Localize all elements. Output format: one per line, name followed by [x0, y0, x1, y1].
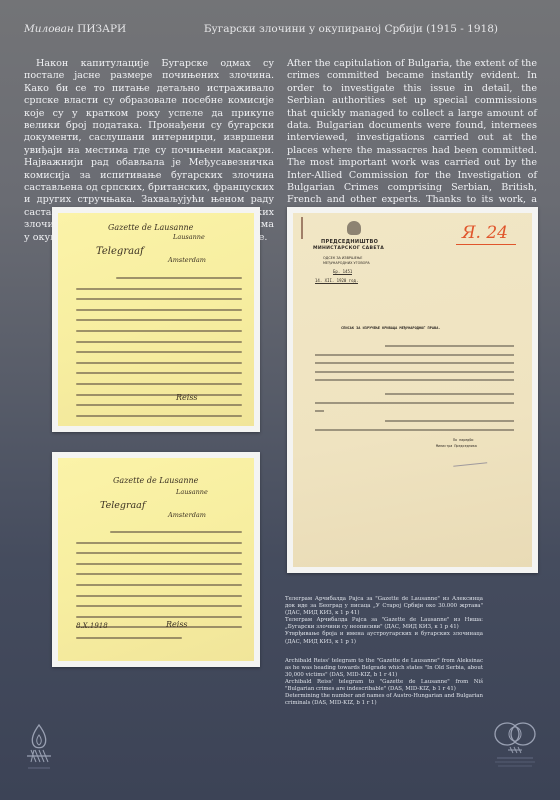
caption-en-3: Determining the number and names of Aust… [285, 693, 483, 707]
letterhead-line-1: ПРЕДСЕДНИШТВО [321, 239, 378, 245]
document-subject: СПИСАК ЗА ИЗРУЧЕЊЕ КРИВАЦА МЕЂУНАРОДНОГ … [341, 326, 441, 330]
telegram-1-paper: Gazette de Lausanne Lausanne Telegraaf A… [58, 213, 254, 426]
telegram-1-origin: Amsterdam [168, 256, 206, 264]
archive-stamp: Я. 24 [456, 223, 516, 245]
typed-paragraph-1 [315, 345, 514, 396]
telegram-1-heading: Gazette de Lausanne [108, 223, 193, 232]
closing-line-1: По наредби [453, 438, 473, 442]
ministry-document-paper: Я. 24 ПРЕДСЕДНИШТВО МИНИСТАРСКОГ САВЕТА … [293, 213, 532, 567]
caption-en-2: Archibald Reiss' telegram to "Gazette de… [285, 679, 483, 693]
author-first-name: Милован [24, 23, 74, 35]
telegram-2-heading: Gazette de Lausanne [113, 476, 198, 485]
telegram-2-date: 8.X.1918 [76, 622, 108, 630]
knot-emblem-logo [490, 720, 540, 772]
telegram-2-city: Lausanne [176, 488, 208, 496]
caption-en-1: Archibald Reiss' telegram to the "Gazett… [285, 658, 483, 679]
closing-line-2: Министра Председника [436, 444, 477, 448]
telegram-1-city: Lausanne [173, 233, 205, 241]
document-number: Бр. 1451 [333, 269, 352, 275]
signature-scribble [453, 457, 487, 467]
flame-barbed-wire-logo [24, 723, 54, 775]
telegram-2-signature: Reiss [166, 620, 188, 629]
captions: Телеграм Арчибалда Рајса за "Gazette de … [285, 596, 483, 707]
typed-paragraph-2 [315, 393, 514, 419]
knot-icon [490, 720, 540, 772]
flame-icon [24, 723, 54, 775]
telegram-1-photo: Gazette de Lausanne Lausanne Telegraaf A… [52, 207, 260, 432]
publication-title: Бугарски злочини у окупираној Србији (19… [204, 23, 498, 35]
telegram-1-type: Telegraaf [96, 246, 144, 257]
telegram-1-handwriting [76, 277, 242, 425]
author-last-name: ПИЗАРИ [77, 23, 126, 35]
telegram-2-handwriting [76, 531, 242, 648]
department-line-2: МЕЂУНАРОДНИХ УГОВОРА [323, 261, 370, 265]
document-date: 14. XII. 1920 год. [315, 278, 358, 284]
telegram-2-paper: Gazette de Lausanne Lausanne Telegraaf A… [58, 458, 254, 661]
telegram-2-type: Telegraaf [100, 500, 145, 511]
department-line-1: ОДСЕК ЗА ИЗВРШЕЊЕ [323, 256, 362, 260]
letterhead-line-2: МИНИСТАРСКОГ САВЕТА [313, 246, 384, 251]
typed-paragraph-3 [315, 420, 514, 437]
caption-sr-2: Телеграм Арчибалда Рајса за "Gazette de … [285, 617, 483, 631]
telegram-1-signature: Reiss [176, 393, 198, 402]
author-name: Милован ПИЗАРИ [24, 23, 126, 35]
caption-sr-1: Телеграм Арчибалда Рајса за "Gazette de … [285, 596, 483, 617]
coat-of-arms-icon [347, 221, 361, 235]
telegram-2-photo: Gazette de Lausanne Lausanne Telegraaf A… [52, 452, 260, 667]
telegram-2-origin: Amsterdam [168, 511, 206, 519]
caption-sr-3: Утврђивање броја и имена аустроугарских … [285, 631, 483, 645]
ministry-document-photo: Я. 24 ПРЕДСЕДНИШТВО МИНИСТАРСКОГ САВЕТА … [287, 207, 538, 573]
margin-mark [301, 217, 303, 239]
